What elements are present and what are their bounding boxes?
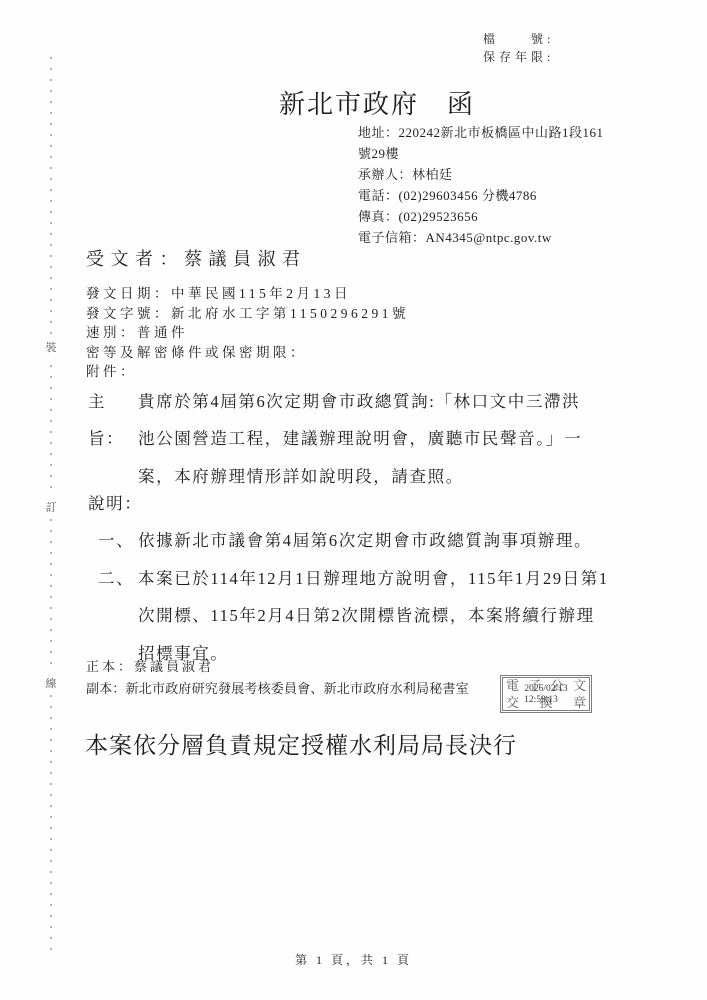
item-1-marker: 一、	[98, 522, 138, 559]
issue-date: 發文日期：中華民國115年2月13日	[86, 284, 409, 304]
recipient-line: 受文者：蔡議員淑君	[86, 245, 307, 271]
doc-info: 發文日期：中華民國115年2月13日 發文字號：新北府水工字第115029629…	[86, 284, 409, 382]
document-title: 新北市政府 函	[279, 84, 475, 121]
binding-mark-xian: 線	[41, 672, 61, 694]
item-1-text: 依據新北市議會第4屆第6次定期會市政總質詢事項辦理。	[138, 522, 683, 559]
sender-email: 電子信箱：AN4345@ntpc.gov.tw	[358, 227, 604, 248]
subject-text: 貴席於第4屆第6次定期會市政總質詢:「林口文中三滯洪 池公園營造工程，建議辦理說…	[138, 383, 683, 495]
sender-info: 地址：220242新北市板橋區中山路1段161 號29樓 承辦人：林柏廷 電話：…	[358, 122, 604, 248]
sender-phone: 電話：(02)29603456 分機4786	[358, 185, 604, 206]
sender-contact-person: 承辦人：林柏廷	[358, 164, 604, 185]
description-label: 說明：	[88, 485, 683, 522]
description-item-1: 一、 依據新北市議會第4屆第6次定期會市政總質詢事項辦理。	[98, 522, 683, 559]
sender-fax: 傳真：(02)29523656	[358, 206, 604, 227]
stamp-time: 12:59:13	[503, 695, 579, 706]
binding-mark-zhuang: 裝	[41, 336, 61, 358]
description-section: 說明： 一、 依據新北市議會第4屆第6次定期會市政總質詢事項辦理。 二、 本案已…	[88, 485, 683, 672]
subject-label: 主旨：	[88, 383, 138, 495]
binding-mark-ding: 訂	[41, 496, 61, 518]
delegation-note: 本案依分層負責規定授權水利局局長決行	[85, 727, 517, 760]
sender-address-line2: 號29樓	[358, 143, 604, 164]
attachment-label: 附件：	[86, 362, 409, 382]
page-number-footer: 第 1 頁，共 1 頁	[0, 951, 707, 968]
stamp-date: 2026/02/13	[503, 684, 589, 695]
subject-section: 主旨： 貴席於第4屆第6次定期會市政總質詢:「林口文中三滯洪 池公園營造工程，建…	[88, 383, 683, 495]
retention-label: 保存年限:	[483, 49, 554, 67]
original-recipient: 正本：蔡議員淑君	[86, 656, 469, 678]
sender-address-line1: 地址：220242新北市板橋區中山路1段161	[358, 122, 604, 143]
file-header: 檔 號: 保存年限:	[483, 31, 554, 66]
speed-class: 速別：普通件	[86, 323, 409, 343]
electronic-exchange-stamp: 電 子 公 文 交 換 章 2026/02/13 12:59:13	[500, 675, 592, 713]
security-class: 密等及解密條件或保密期限：	[86, 343, 409, 363]
stamp-datetime: 2026/02/13 12:59:13	[503, 684, 589, 706]
file-no-label: 檔 號:	[483, 31, 554, 49]
cc-recipients: 副本：新北市政府研究發展考核委員會、新北市政府水利局秘書室	[86, 678, 469, 700]
copies-section: 正本：蔡議員淑君 副本：新北市政府研究發展考核委員會、新北市政府水利局秘書室	[86, 656, 469, 700]
doc-number: 發文字號：新北府水工字第1150296291號	[86, 304, 409, 324]
